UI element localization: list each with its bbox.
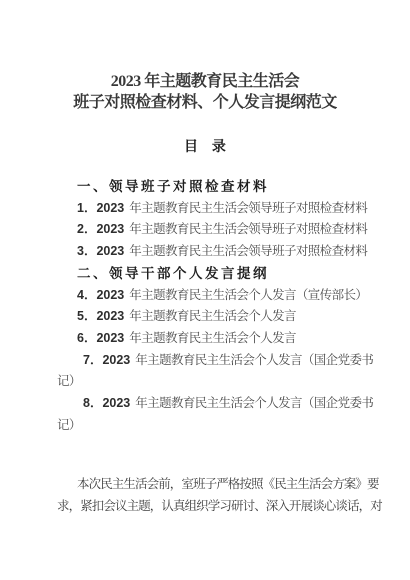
toc-item-text: 年主题教育民主生活会领导班子对照检查材料 [129, 222, 367, 236]
toc-item-number: 4．2023 [77, 288, 124, 302]
toc-item-number: 8．2023 [83, 396, 130, 410]
toc-item-text: 年主题教育民主生活会个人发言（宣传部长） [129, 288, 367, 302]
doc-title-line-1: 2023 年主题教育民主生活会 [0, 71, 410, 92]
toc-item-text: 年主题教育民主生活会个人发言（国企党委书 [135, 353, 373, 367]
body-paragraph: 本次民主生活会前，室班子严格按照《民主生活会方案》要 求，紧扣会议主题，认真组织… [0, 474, 410, 517]
toc-item-wrap-line: 记） [57, 415, 358, 437]
toc-item-text: 年主题教育民主生活会个人发言（国企党委书 [135, 396, 373, 410]
toc-item: 1．2023年主题教育民主生活会领导班子对照检查材料 [57, 198, 358, 220]
toc-heading: 目 录 [0, 139, 410, 153]
toc-section-heading-1: 一、领导班子对照检查材料 [57, 176, 358, 198]
body-paragraph-line: 求，紧扣会议主题，认真组织学习研讨、深入开展谈心谈话，对 [57, 496, 358, 518]
toc-item-number: 7．2023 [83, 353, 130, 367]
table-of-contents: 一、领导班子对照检查材料 1．2023年主题教育民主生活会领导班子对照检查材料 … [0, 176, 410, 436]
toc-item: 5．2023年主题教育民主生活会个人发言 [57, 306, 358, 328]
body-paragraph-line: 本次民主生活会前，室班子严格按照《民主生活会方案》要 [57, 474, 358, 496]
toc-item-number: 1．2023 [77, 201, 124, 215]
toc-item-wrap-line: 记） [57, 371, 358, 393]
document-page: 2023 年主题教育民主生活会 班子对照检查材料、个人发言提纲范文 目 录 一、… [0, 0, 410, 580]
toc-item-number: 2．2023 [77, 222, 124, 236]
toc-item: 6．2023年主题教育民主生活会个人发言 [57, 328, 358, 350]
toc-item-text: 年主题教育民主生活会个人发言 [129, 331, 296, 345]
toc-item-number: 6．2023 [77, 331, 124, 345]
toc-item: 3．2023年主题教育民主生活会领导班子对照检查材料 [57, 241, 358, 263]
toc-item: 8．2023年主题教育民主生活会个人发言（国企党委书 [57, 393, 358, 415]
toc-item-number: 3．2023 [77, 244, 124, 258]
toc-item: 2．2023年主题教育民主生活会领导班子对照检查材料 [57, 219, 358, 241]
toc-item-text: 年主题教育民主生活会个人发言 [129, 309, 296, 323]
toc-item: 4．2023年主题教育民主生活会个人发言（宣传部长） [57, 285, 358, 307]
toc-item-number: 5．2023 [77, 309, 124, 323]
toc-section-heading-2: 二、领导干部个人发言提纲 [57, 263, 358, 285]
toc-item-text: 年主题教育民主生活会领导班子对照检查材料 [129, 201, 367, 215]
toc-item-text: 年主题教育民主生活会领导班子对照检查材料 [129, 244, 367, 258]
toc-item: 7．2023年主题教育民主生活会个人发言（国企党委书 [57, 350, 358, 372]
doc-title-line-2: 班子对照检查材料、个人发言提纲范文 [0, 92, 410, 113]
document-title: 2023 年主题教育民主生活会 班子对照检查材料、个人发言提纲范文 [0, 71, 410, 113]
